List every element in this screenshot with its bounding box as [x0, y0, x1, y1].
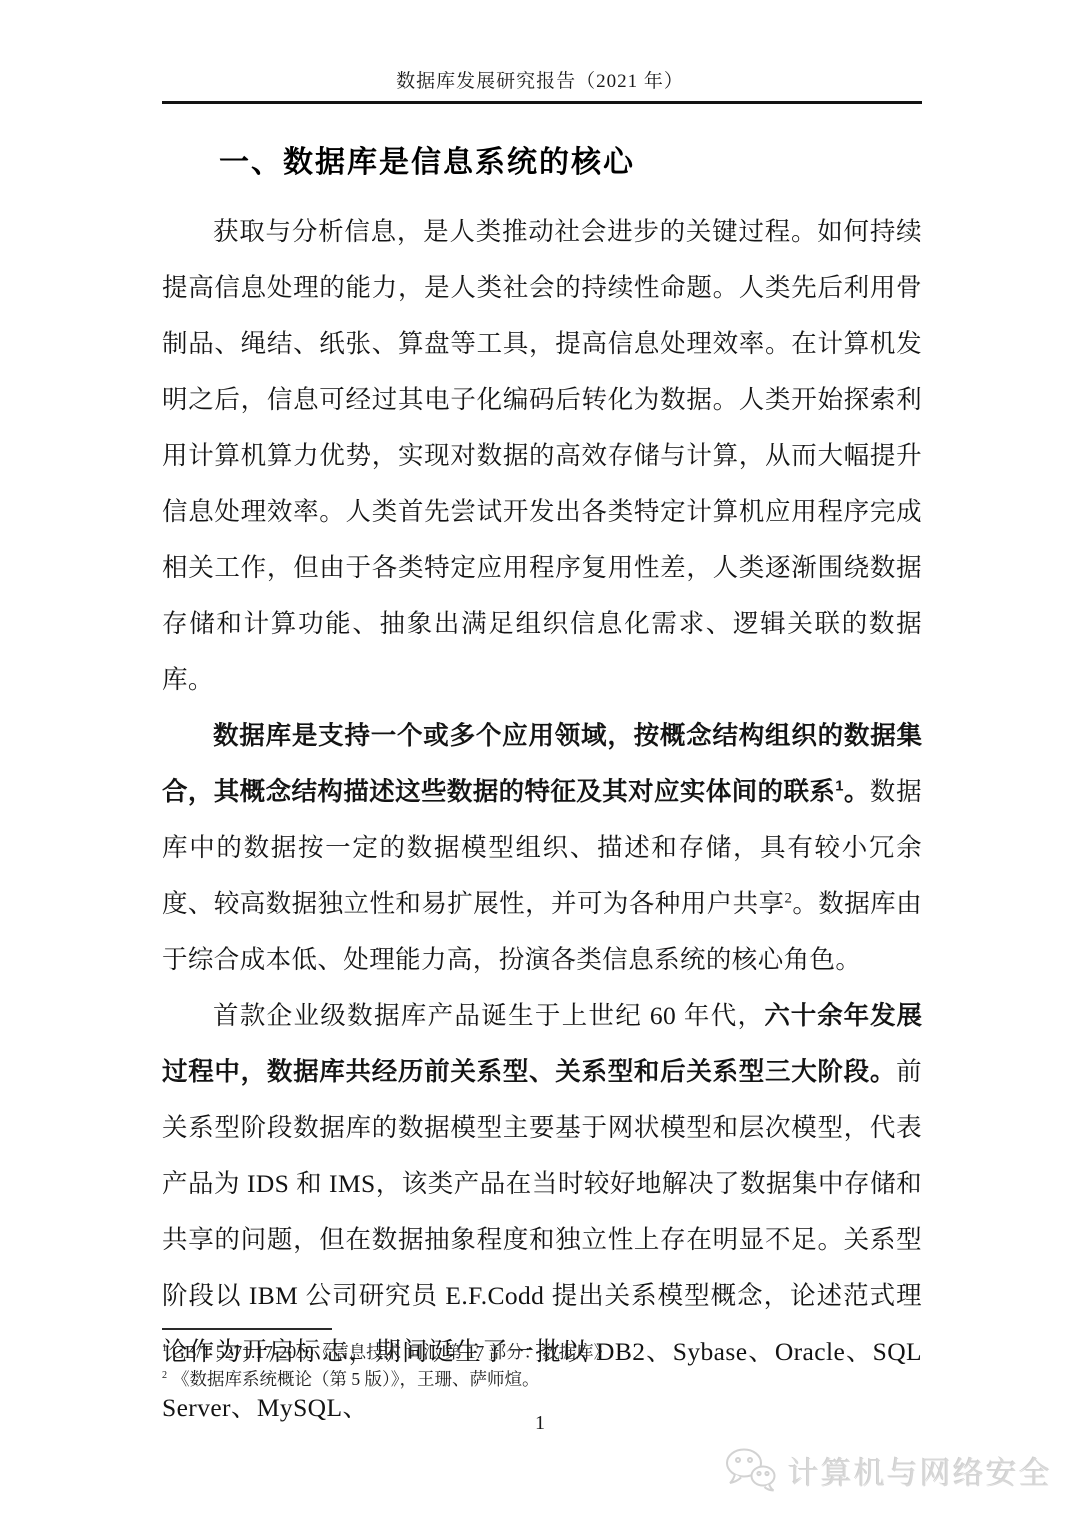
wechat-icon [724, 1447, 778, 1493]
section-heading: 一、数据库是信息系统的核心 [162, 142, 922, 184]
paragraph: 数据库是支持一个或多个应用领域，按概念结构组织的数据集合，其概念结构描述这些数据… [162, 708, 922, 988]
watermark: 计算机与网络安全 [724, 1447, 1052, 1493]
watermark-text: 计算机与网络安全 [788, 1448, 1052, 1493]
page-header-title: 数据库发展研究报告（2021 年） [0, 70, 1080, 94]
header-rule [162, 101, 922, 104]
footnote-text: 《数据库系统概论（第 5 版）》，王珊、萨师煊。 [172, 1369, 540, 1389]
body-text: 获取与分析信息，是人类推动社会进步的关键过程。如何持续提高信息处理的能力，是人类… [162, 204, 922, 1436]
text-segment: 。 [843, 778, 869, 806]
text-segment: 获取与分析信息，是人类推动社会进步的关键过程。如何持续提高信息处理的能力，是人类… [162, 217, 922, 694]
paragraph: 获取与分析信息，是人类推动社会进步的关键过程。如何持续提高信息处理的能力，是人类… [162, 204, 922, 708]
footnote-marker: 2 [162, 1370, 167, 1381]
footnotes: 1GB/T 5271.17-2010《信息技术 词汇 第 17 部分：数据库》2… [162, 1328, 922, 1393]
document-page: 数据库发展研究报告（2021 年） 一、数据库是信息系统的核心 获取与分析信息，… [0, 0, 1080, 1527]
footnote: 1GB/T 5271.17-2010《信息技术 词汇 第 17 部分：数据库》 [162, 1339, 922, 1366]
footnote: 2《数据库系统概论（第 5 版）》，王珊、萨师煊。 [162, 1366, 922, 1393]
text-segment: 首款企业级数据库产品诞生于上世纪 60 年代， [213, 1001, 764, 1030]
footnote-text: GB/T 5271.17-2010《信息技术 词汇 第 17 部分：数据库》 [172, 1342, 611, 1362]
text-segment: 数据库是支持一个或多个应用领域，按概念结构组织的数据集合，其概念结构描述这些数据… [162, 722, 922, 806]
document-content: 一、数据库是信息系统的核心 获取与分析信息，是人类推动社会进步的关键过程。如何持… [162, 142, 922, 1436]
footnote-marker: 1 [162, 1343, 167, 1354]
page-number: 1 [0, 1412, 1080, 1435]
footnote-separator [162, 1328, 332, 1330]
footnotes-list: 1GB/T 5271.17-2010《信息技术 词汇 第 17 部分：数据库》2… [162, 1339, 922, 1393]
